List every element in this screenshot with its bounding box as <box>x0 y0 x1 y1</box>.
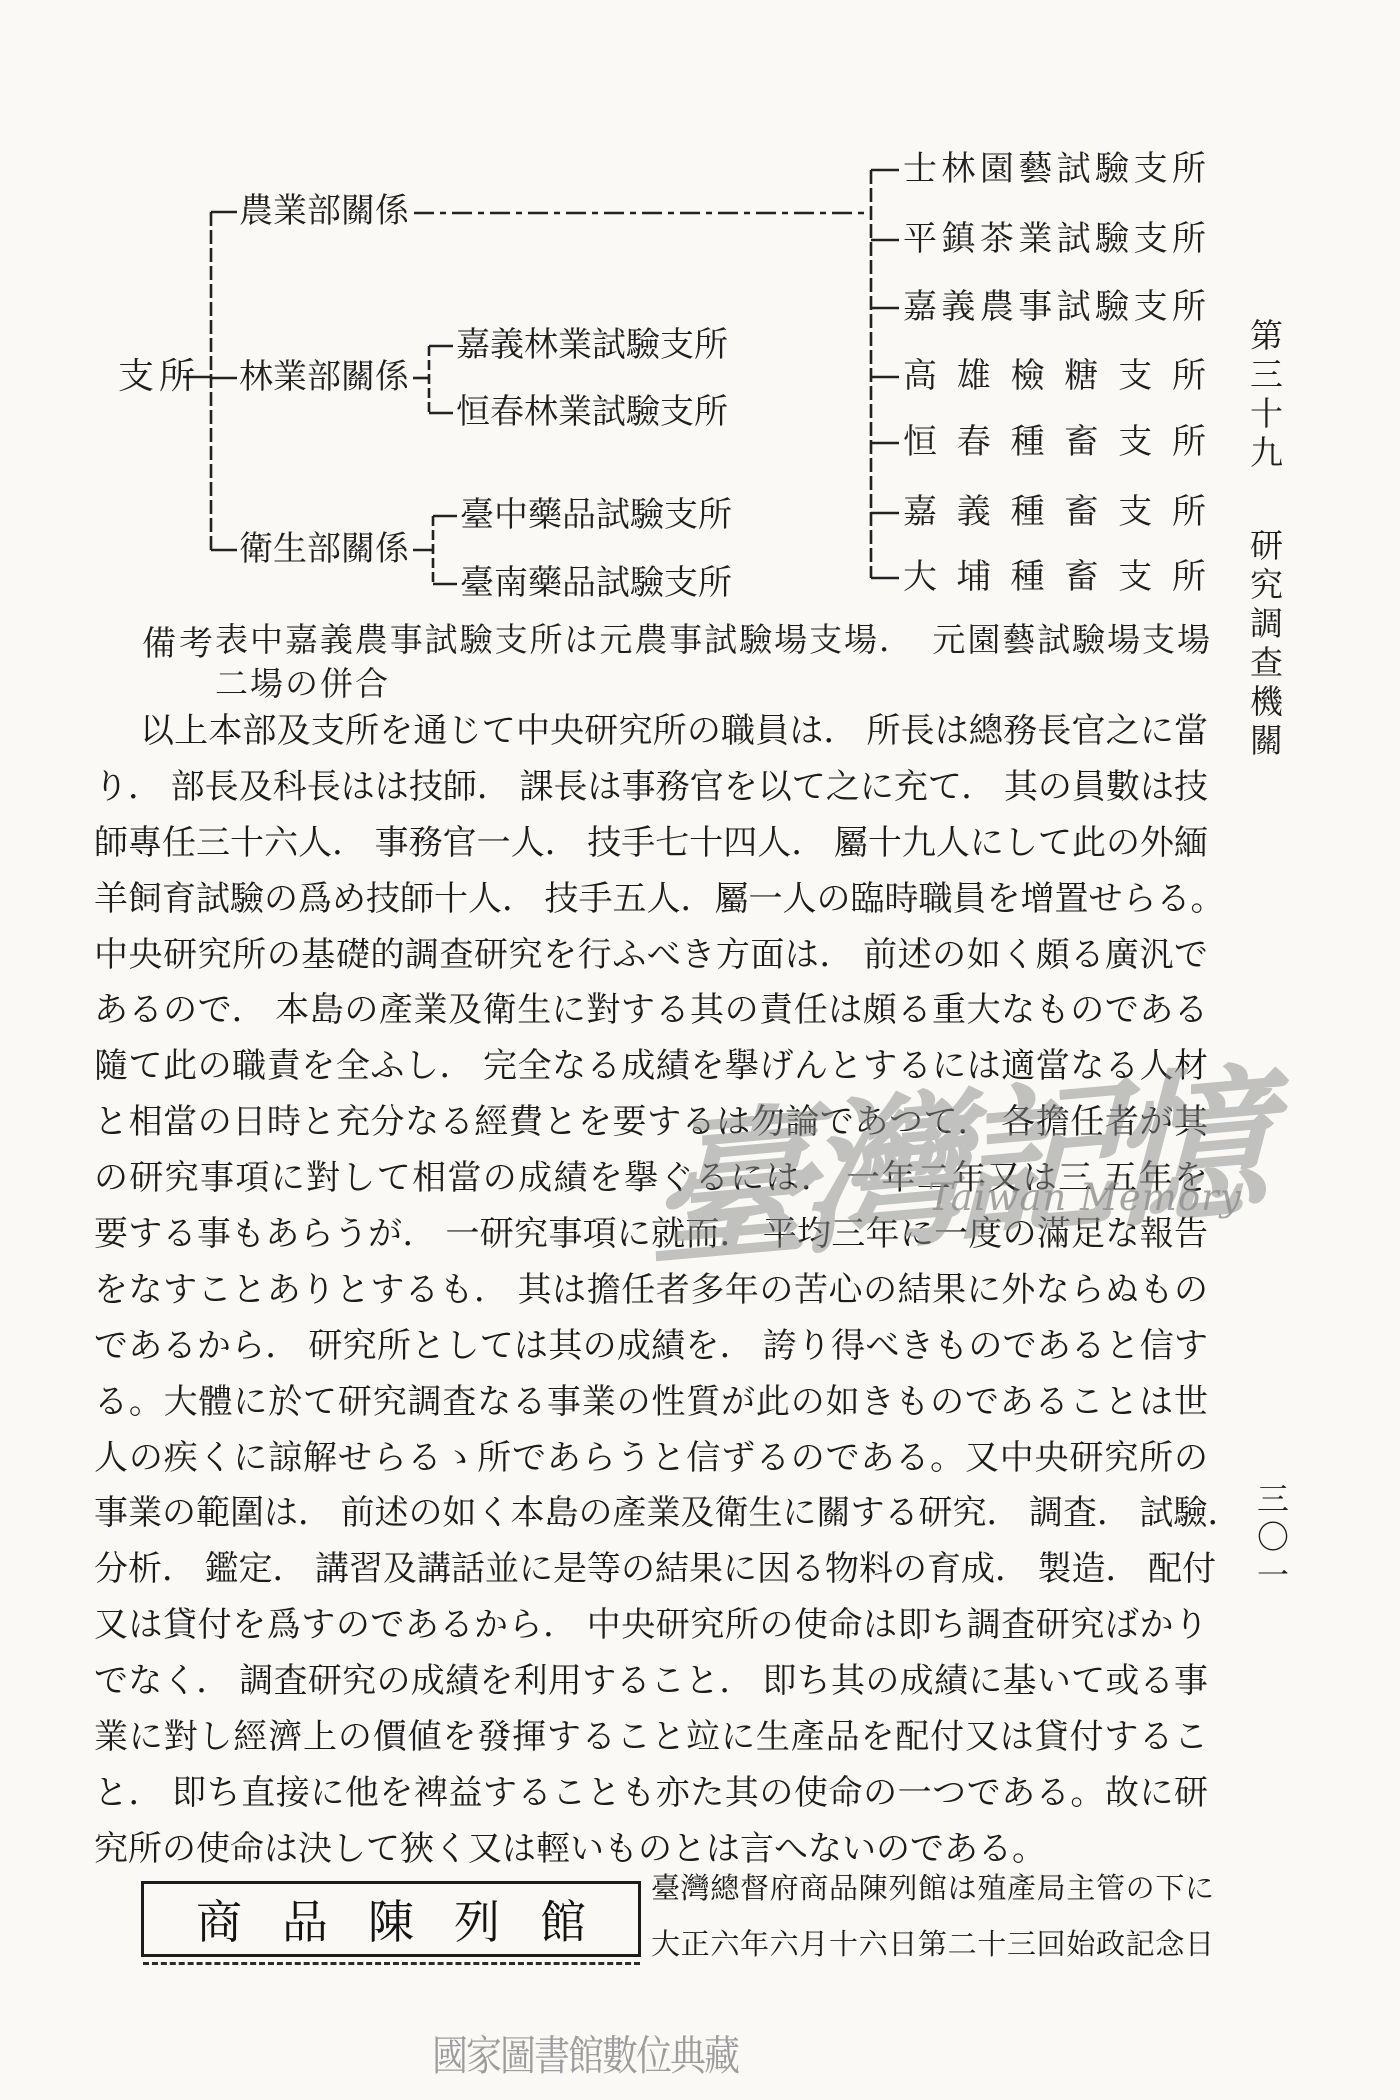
body-line: る。大體に於て研究調査なる事業の性質が此の如きものであることは世 <box>94 1375 1208 1431</box>
chart-leaf-takao-sugar: 高雄檢糖支所 <box>903 356 1206 398</box>
page-number-vertical: 三〇一 <box>1248 1482 1294 1596</box>
body-line: 分析． 鑑定． 講習及講話並に是等の結果に因る物料の育成． 製造． 配付 <box>94 1542 1208 1598</box>
scanned-page: 支所 農業部關係 林業部關係 衛生部關係 嘉義林業試驗支所 恒春林業試驗支所 臺… <box>0 0 1400 2100</box>
body-line: り． 部長及科長はは技師． 課長は事務官を以て之に充て． 其の員數は技 <box>94 760 1208 816</box>
chart-leaf-shirin-horticulture: 士林園藝試驗支所 <box>903 149 1206 191</box>
side-section-title-number: 第三十九 <box>1245 318 1281 474</box>
exhibit-box-title: 商品陳列館 <box>196 1886 626 1952</box>
side-section-title-text: 研究調查機關 <box>1245 528 1281 762</box>
chart-branch-hygiene: 衛生部關係 <box>239 529 409 571</box>
chart-branch-forestry: 林業部關係 <box>239 357 409 399</box>
body-line: の研究事項に對して相當の成績を擧ぐるには． 一年二年又は三 五年を <box>94 1151 1208 1207</box>
chart-leaf-kagi-agriculture: 嘉義農事試驗支所 <box>903 287 1206 329</box>
chart-leaf-taiho-livestock: 大埔種畜支所 <box>903 557 1206 599</box>
body-line: 以上本部及支所を通じて中央研究所の職員は． 所長は總務長官之に當 <box>94 704 1208 760</box>
chart-leaf-koshun-livestock: 恒春種畜支所 <box>903 422 1206 464</box>
body-line: 隨て此の職責を全ふし． 完全なる成績を擧げんとするには適當なる人材 <box>94 1039 1208 1095</box>
footer-watermark: 國家圖書館數位典藏 <box>432 2024 738 2083</box>
body-line: 又は貸付を爲すのであるから． 中央研究所の使命は即ち調査研究ばかり <box>94 1598 1208 1654</box>
body-line: と． 即ち直接に他を裨益することも亦た其の使命の一つである。故に研 <box>94 1766 1208 1822</box>
chart-child-taichu-pharmacy: 臺中藥品試驗支所 <box>460 495 732 537</box>
chart-child-kagi-forestry: 嘉義林業試驗支所 <box>456 325 728 367</box>
chart-branch-agriculture: 農業部關係 <box>239 191 409 233</box>
chart-root-label: 支所 <box>118 355 200 397</box>
note-label: 備考 <box>142 616 216 665</box>
body-line: 羊飼育試驗の爲め技師十人． 技手五人．屬一人の臨時職員を增置せらる。 <box>94 872 1208 928</box>
chart-leaf-heichin-tea: 平鎮茶業試驗支所 <box>903 219 1206 261</box>
exhibit-box: 商品陳列館 <box>141 1881 641 1957</box>
body-line: をなすことありとするも． 其は擔任者多年の苦心の結果に外ならぬもの <box>94 1263 1208 1319</box>
body-line: 要する事もあらうが． 一研究事項に就而． 平均三年に一度の滿足な報告 <box>94 1207 1208 1263</box>
body-paragraph: 以上本部及支所を通じて中央研究所の職員は． 所長は總務長官之に當 り． 部長及科… <box>94 704 1208 1878</box>
body-line: でなく． 調査研究の成績を利用すること． 即ち其の成績に基いて或る事 <box>94 1654 1208 1710</box>
note-text-line-1: 表中嘉義農事試驗支所は元農事試驗場支場． 元園藝試驗場支場 <box>215 614 1210 661</box>
exhibit-text-line-2: 大正六年六月十六日第二十三回始政記念日 <box>651 1922 1214 1968</box>
body-line: 事業の範圍は． 前述の如く本島の產業及衛生に關する研究． 調査． 試驗． <box>94 1486 1208 1542</box>
note-text-line-2: 二場の併合 <box>215 658 390 705</box>
body-line: 中央研究所の基礎的調查研究を行ふべき方面は． 前述の如く頗る廣汎で <box>94 928 1208 984</box>
body-line: と相當の日時と充分なる經費とを要するは勿論であつて． 各擔任者が其 <box>94 1095 1208 1151</box>
exhibit-text-line-1: 臺灣總督府商品陳列館は殖產局主管の下に <box>651 1866 1214 1912</box>
body-line: あるので． 本島の產業及衛生に對する其の責任は頗る重大なものである <box>94 983 1208 1039</box>
body-line: 人の疾くに諒解せらるゝ所であらうと信ずるのである。又中央研究所の <box>94 1431 1208 1487</box>
chart-child-tainan-pharmacy: 臺南藥品試驗支所 <box>460 563 732 605</box>
exhibit-box-underline <box>143 1962 640 1965</box>
body-line: 業に對し經濟上の價値を發揮すること竝に生產品を配付又は貸付するこ <box>94 1710 1208 1766</box>
body-line: であるから． 研究所としては其の成績を． 誇り得べきものであると信す <box>94 1319 1208 1375</box>
chart-leaf-kagi-livestock: 嘉義種畜支所 <box>903 492 1206 534</box>
side-section-title: 第三十九 研究調查機關 <box>1240 318 1287 762</box>
body-line: 師專任三十六人． 事務官一人． 技手七十四人． 屬十九人にして此の外緬 <box>94 816 1208 872</box>
chart-child-koshun-forestry: 恒春林業試驗支所 <box>456 392 728 434</box>
